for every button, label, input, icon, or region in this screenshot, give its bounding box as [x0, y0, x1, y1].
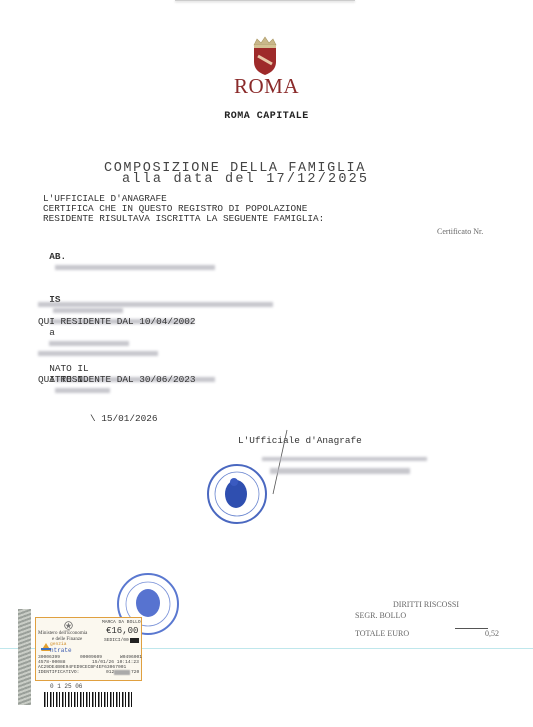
member-2-residence: QUI RESIDENTE DAL 30/06/2023 — [38, 374, 196, 385]
republic-emblem-icon — [64, 621, 73, 630]
agenzia-brand-bottom: ntrate — [50, 647, 72, 654]
top-edge-bar — [175, 0, 355, 1]
roma-crest-icon — [249, 36, 281, 76]
stamp-amount-words: SEDICI/00 — [104, 638, 129, 643]
address-line: AB. — [38, 240, 215, 273]
member-1-residence: QUI RESIDENTE DAL 10/04/2002 — [38, 316, 196, 327]
redacted-block — [130, 638, 139, 643]
fees-segr-bollo: SEGR. BOLLO — [355, 611, 406, 620]
stamp-amount: €16,00 — [106, 626, 138, 636]
logo-text: ROMA — [0, 74, 533, 99]
redacted-address — [55, 265, 215, 270]
fees-total-label: TOTALE EURO — [355, 629, 409, 638]
barcode-text: 0 1 25 06 — [50, 684, 82, 689]
redacted-signature — [270, 462, 410, 480]
organization-name: ROMA CAPITALE — [0, 111, 533, 122]
barcode — [44, 692, 134, 707]
revenue-stamp: Ministero dell'Economia e delle Finanze … — [35, 617, 142, 681]
signature-label: L'Ufficiale d'Anagrafe — [238, 435, 362, 446]
document-date: alla data del 17/12/2025 — [122, 172, 369, 187]
ministry-line-1: Ministero dell'Economia — [38, 631, 87, 636]
intro-line-3: RESIDENTE RISULTAVA ISCRITTA LA SEGUENTE… — [43, 213, 324, 224]
fees-heading: DIRITTI RISCOSSI — [393, 600, 459, 609]
fees-total-value: 0,52 — [485, 629, 499, 638]
address-prefix: AB. — [49, 251, 66, 262]
total-divider — [455, 628, 488, 629]
official-seal-stamp — [203, 460, 271, 528]
member-1-act-line: a — [38, 305, 194, 349]
certificate-number-label: Certificato Nr. — [437, 227, 483, 236]
revenue-stamp-hologram — [18, 609, 31, 705]
issue-date: \ 15/01/2026 — [90, 413, 158, 424]
stamp-type: MARCA DA BOLLO — [102, 620, 141, 625]
